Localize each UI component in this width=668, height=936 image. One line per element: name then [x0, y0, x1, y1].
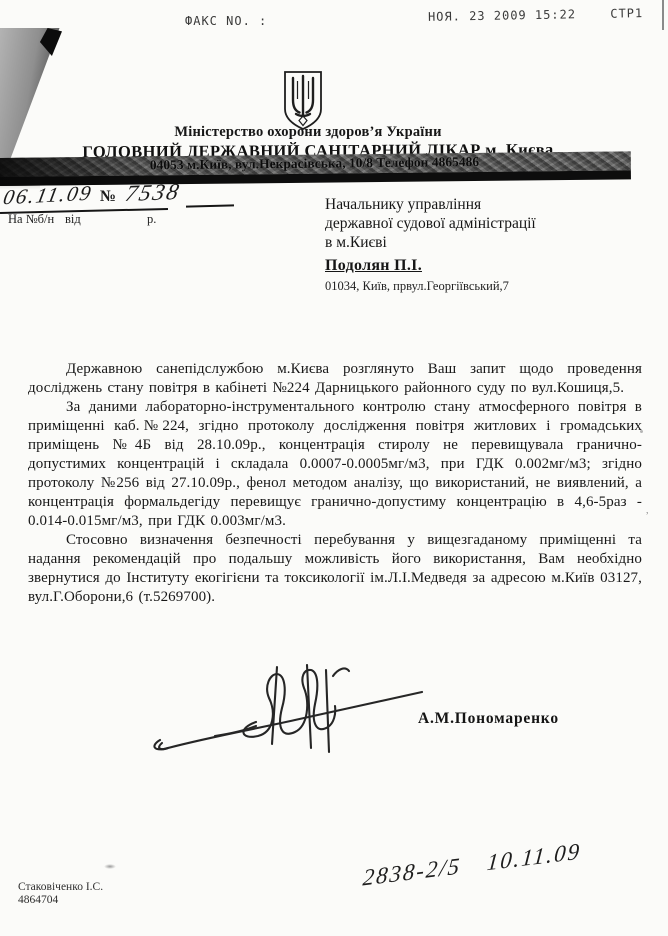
scan-smudge	[104, 864, 116, 869]
year-label: р.	[147, 212, 156, 227]
signatory-name: А.М.Пономаренко	[418, 710, 559, 728]
handwritten-incoming-number: 2838-2/5	[362, 853, 463, 891]
from-label: від	[65, 212, 81, 227]
fax-no-label: ФАКС NO. :	[185, 14, 267, 28]
executor-block: Стаковіченко І.С. 4864704	[18, 881, 103, 907]
number-sign: №	[100, 188, 116, 206]
handwritten-registration-note: 2838-2/510.11.09	[362, 838, 583, 891]
recipient-line2: державної судової адміністрації	[325, 214, 536, 233]
scanned-letter-page: ФАКС NO. : НОЯ. 23 2009 15:22 СТР1 Мініс…	[0, 0, 668, 936]
recipient-address: 01034, Київ, првул.Георгіївський,7	[325, 277, 536, 296]
recipient-block: Начальнику управління державної судової …	[325, 195, 536, 296]
handwritten-date: 06.11.09	[1, 181, 95, 211]
fax-page-number: СТР1	[610, 6, 643, 21]
fax-datetime: НОЯ. 23 2009 15:22	[428, 7, 576, 24]
scan-speck	[640, 430, 643, 433]
scan-edge-line	[662, 0, 664, 30]
handwritten-incoming-date: 10.11.09	[486, 838, 582, 875]
letter-body: Державною санепідслужбою м.Києва розглян…	[28, 360, 642, 607]
ministry-name: Міністерство охорони здоров’я України	[0, 124, 616, 141]
body-paragraph-3: Стосовно визначення безпечності перебува…	[28, 531, 642, 607]
executor-name: Стаковіченко І.С.	[18, 881, 103, 894]
scan-speck: ,	[646, 505, 651, 514]
fax-header: ФАКС NO. : НОЯ. 23 2009 15:22 СТР1	[0, 8, 668, 30]
recipient-line1: Начальнику управління	[325, 195, 536, 214]
reply-to-label: На №б/н	[8, 212, 54, 227]
fax-timestamp: НОЯ. 23 2009 15:22 СТР1	[428, 6, 643, 24]
body-paragraph-2: За даними лабораторно-інструментального …	[28, 398, 642, 531]
body-paragraph-1: Державною санепідслужбою м.Києва розглян…	[28, 360, 642, 398]
recipient-name: Подолян П.І.	[325, 256, 536, 275]
signature-scribble	[150, 664, 440, 756]
executor-phone: 4864704	[18, 894, 103, 907]
handwritten-ref-number: 7538	[123, 179, 183, 207]
recipient-line3: в м.Києві	[325, 233, 536, 252]
reference-underline-segment	[186, 204, 234, 207]
